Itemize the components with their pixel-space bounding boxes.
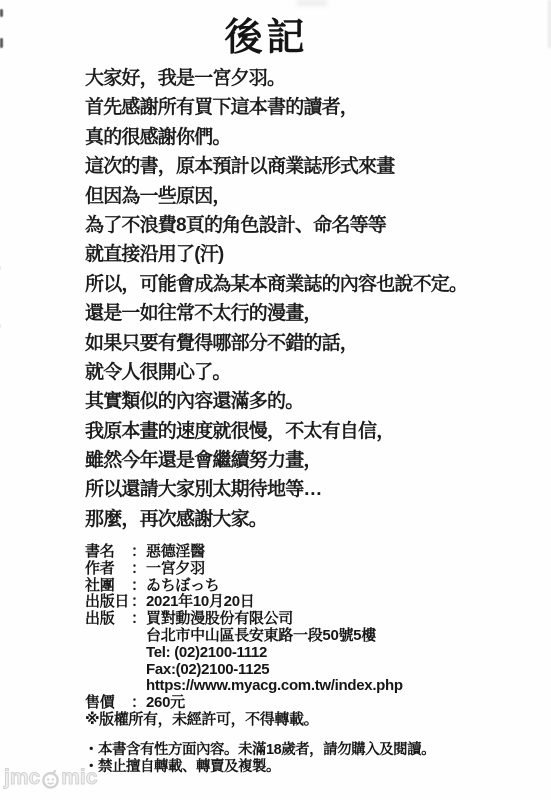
body-line: 其實類似的內容還滿多的。 bbox=[85, 387, 545, 416]
publisher-extra-line: Fax:(02)2100-1125 bbox=[85, 662, 545, 679]
body-line: 還是一如往常不太行的漫畫， bbox=[85, 299, 545, 328]
watermark-text-prefix: jmc bbox=[0, 266, 2, 294]
notices: ・本書含有性方面內容。未滿18歲者，請勿購入及閱讀。・禁止擅自轉載、轉賣及複製。 bbox=[84, 742, 544, 776]
page-title-text: 後記 bbox=[224, 6, 308, 61]
price-colon: ： bbox=[131, 695, 146, 712]
body-line: 這次的書，原本預計以商業誌形式來畫 bbox=[85, 152, 545, 181]
body-line: 所以，可能會成為某本商業誌的內容也說不定。 bbox=[85, 270, 545, 299]
jmcomic-watermark: jmc mic bbox=[4, 766, 97, 790]
colophon-label: 出版日 bbox=[85, 594, 131, 611]
publisher-extra-lines: 台北市中山區長安東路一段50號5樓Tel: (02)2100-1112Fax:(… bbox=[85, 628, 545, 695]
price-row: 售價：260元 bbox=[85, 695, 545, 712]
colophon-value: 買對動漫股份有限公司 bbox=[146, 610, 293, 627]
notice-line: ・禁止擅自轉載、轉賣及複製。 bbox=[84, 759, 544, 776]
colophon-row: 出版日：2021年10月20日 bbox=[85, 594, 545, 611]
body-line: 如果只要有覺得哪部分不錯的話， bbox=[85, 329, 545, 358]
colophon-row: 社團：ゐちぼっち bbox=[85, 578, 545, 595]
price-value: 260元 bbox=[146, 694, 185, 711]
body-line: 就令人很開心了。 bbox=[85, 358, 545, 387]
body-line: 大家好，我是一宮夕羽。 bbox=[85, 64, 545, 93]
body-line: 那麼，再次感謝大家。 bbox=[85, 505, 545, 534]
colophon-colon: ： bbox=[131, 578, 146, 595]
colophon-row: 作者：一宮夕羽 bbox=[85, 561, 545, 578]
colophon-label: 社團 bbox=[85, 578, 131, 595]
publisher-extra-line: https://www.myacg.com.tw/index.php bbox=[85, 678, 545, 695]
watermark-text-suffix: mic bbox=[0, 310, 2, 338]
body-line: 所以還請大家別太期待地等… bbox=[85, 475, 545, 504]
colophon-label: 出版 bbox=[85, 611, 131, 628]
page-title: 後記 bbox=[0, 6, 551, 61]
colophon-rows: 書名：惡德淫醫 作者：一宮夕羽 社團：ゐちぼっち 出版日：2021年10月20日… bbox=[85, 544, 545, 628]
publisher-extra-line: Tel: (02)2100-1112 bbox=[85, 645, 545, 662]
colophon-value: 2021年10月20日 bbox=[146, 593, 254, 610]
afterword-page: 後記 大家好，我是一宮夕羽。首先感謝所有買下這本書的讀者，真的很感謝你們。這次的… bbox=[0, 0, 551, 800]
watermark-text-suffix: mic bbox=[61, 766, 97, 790]
copyright-note: ※版權所有，未經許可，不得轉載。 bbox=[85, 712, 545, 729]
colophon-colon: ： bbox=[131, 611, 146, 628]
colophon-colon: ： bbox=[131, 544, 146, 561]
colophon-value: 惡德淫醫 bbox=[146, 543, 205, 560]
body-line: 雖然今年還是會繼續努力畫， bbox=[85, 446, 545, 475]
body-line: 我原本畫的速度就很慢，不太有自信， bbox=[85, 417, 545, 446]
jmcomic-logo-icon bbox=[41, 768, 60, 789]
colophon-label: 書名 bbox=[85, 544, 131, 561]
colophon-colon: ： bbox=[131, 594, 146, 611]
publisher-extra-line: 台北市中山區長安東路一段50號5樓 bbox=[85, 628, 545, 645]
body-line: 就直接沿用了(汗) bbox=[85, 240, 545, 269]
afterword-body: 大家好，我是一宮夕羽。首先感謝所有買下這本書的讀者，真的很感謝你們。這次的書，原… bbox=[85, 64, 545, 534]
body-line: 首先感謝所有買下這本書的讀者， bbox=[85, 93, 545, 122]
colophon-label: 作者 bbox=[85, 561, 131, 578]
colophon-row: 書名：惡德淫醫 bbox=[85, 544, 545, 561]
colophon-value: ゐちぼっち bbox=[146, 577, 220, 594]
watermark-text-prefix: jmc bbox=[4, 766, 40, 790]
notice-line: ・本書含有性方面內容。未滿18歲者，請勿購入及閱讀。 bbox=[84, 742, 544, 759]
body-line: 但因為一些原因， bbox=[85, 182, 545, 211]
colophon-value: 一宮夕羽 bbox=[146, 560, 205, 577]
colophon-colon: ： bbox=[131, 561, 146, 578]
colophon: 書名：惡德淫醫 作者：一宮夕羽 社團：ゐちぼっち 出版日：2021年10月20日… bbox=[85, 544, 545, 729]
colophon-row: 出版：買對動漫股份有限公司 bbox=[85, 611, 545, 628]
body-line: 真的很感謝你們。 bbox=[85, 123, 545, 152]
jmcomic-watermark-left: jmc mic bbox=[0, 266, 2, 337]
price-label: 售價 bbox=[85, 695, 131, 712]
body-line: 為了不浪費8頁的角色設計、命名等等 bbox=[85, 211, 545, 240]
